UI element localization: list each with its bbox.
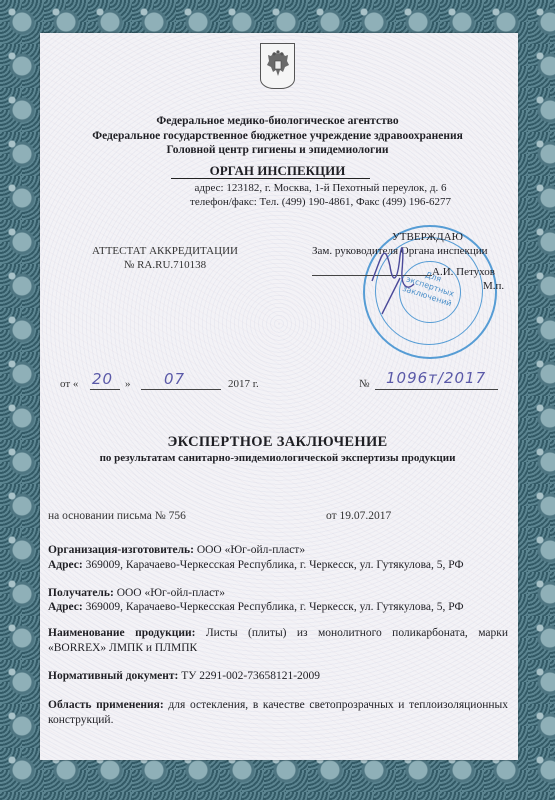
basis-date: от 19.07.2017 [326, 509, 446, 524]
normative-row: Нормативный документ: ТУ 2291-002-736581… [48, 669, 508, 684]
normative-label: Нормативный документ: [48, 670, 178, 682]
normative-value: ТУ 2291-002-73658121-2009 [181, 670, 320, 682]
doc-number-value: 1096т/2017 [386, 369, 486, 387]
organ-phone: телефон/факс: Тел. (499) 190-4861, Факс … [43, 195, 555, 209]
scope-label: Область применения: [48, 699, 164, 711]
recipient-label: Получатель: [48, 587, 114, 599]
recipient-address-row: Адрес: 369009, Карачаево-Черкесская Респ… [48, 600, 508, 615]
manufacturer-label: Организация-изготовитель: [48, 544, 194, 556]
manufacturer-row: Организация-изготовитель: ООО «Юг-ойл-пл… [48, 543, 508, 558]
manufacturer-value: ООО «Юг-ойл-пласт» [197, 544, 305, 556]
organ-title: ОРГАН ИНСПЕКЦИИ [0, 163, 555, 179]
number-underline [375, 389, 498, 390]
document-title: ЭКСПЕРТНОЕ ЗАКЛЮЧЕНИЕ [0, 434, 555, 451]
month-underline [141, 389, 221, 390]
date-month: 07 [164, 370, 185, 388]
recipient-address-label: Адрес: [48, 601, 83, 613]
date-year: 2017 г. [228, 378, 259, 390]
accreditation-label: АТТЕСТАТ АККРЕДИТАЦИИ [80, 244, 250, 258]
date-mid: » [125, 378, 131, 390]
center-name: Головной центр гигиены и эпидемиологии [0, 143, 555, 158]
accreditation-number: № RA.RU.710138 [80, 258, 250, 272]
recipient-address-value: 369009, Карачаево-Черкесская Республика,… [86, 601, 464, 613]
manufacturer-address-label: Адрес: [48, 559, 83, 571]
recipient-row: Получатель: ООО «Юг-ойл-пласт» [48, 586, 508, 601]
recipient-value: ООО «Юг-ойл-пласт» [117, 587, 225, 599]
product-label: Наименование продукции: [48, 627, 195, 639]
institution-name: Федеральное государственное бюджетное уч… [0, 129, 555, 144]
organ-address: адрес: 123182, г. Москва, 1-й Пехотный п… [43, 181, 555, 195]
manufacturer-address-value: 369009, Карачаево-Черкесская Республика,… [86, 559, 464, 571]
organ-underline [171, 178, 370, 179]
product-row: Наименование продукции: Листы (плиты) из… [48, 626, 508, 656]
manufacturer-address-row: Адрес: 369009, Карачаево-Черкесская Респ… [48, 558, 508, 573]
scope-row: Область применения: для остекления, в ка… [48, 698, 508, 728]
document-subtitle: по результатам санитарно-эпидемиологичес… [0, 452, 555, 464]
day-underline [90, 389, 120, 390]
date-prefix: от « [60, 378, 78, 390]
date-day: 20 [92, 370, 113, 388]
doc-number-label: № [359, 378, 370, 390]
accreditation-block: АТТЕСТАТ АККРЕДИТАЦИИ № RA.RU.710138 [80, 244, 250, 272]
agency-name: Федеральное медико-биологическое агентст… [0, 114, 555, 129]
signature-icon [362, 236, 432, 316]
coat-of-arms-icon [260, 43, 295, 89]
